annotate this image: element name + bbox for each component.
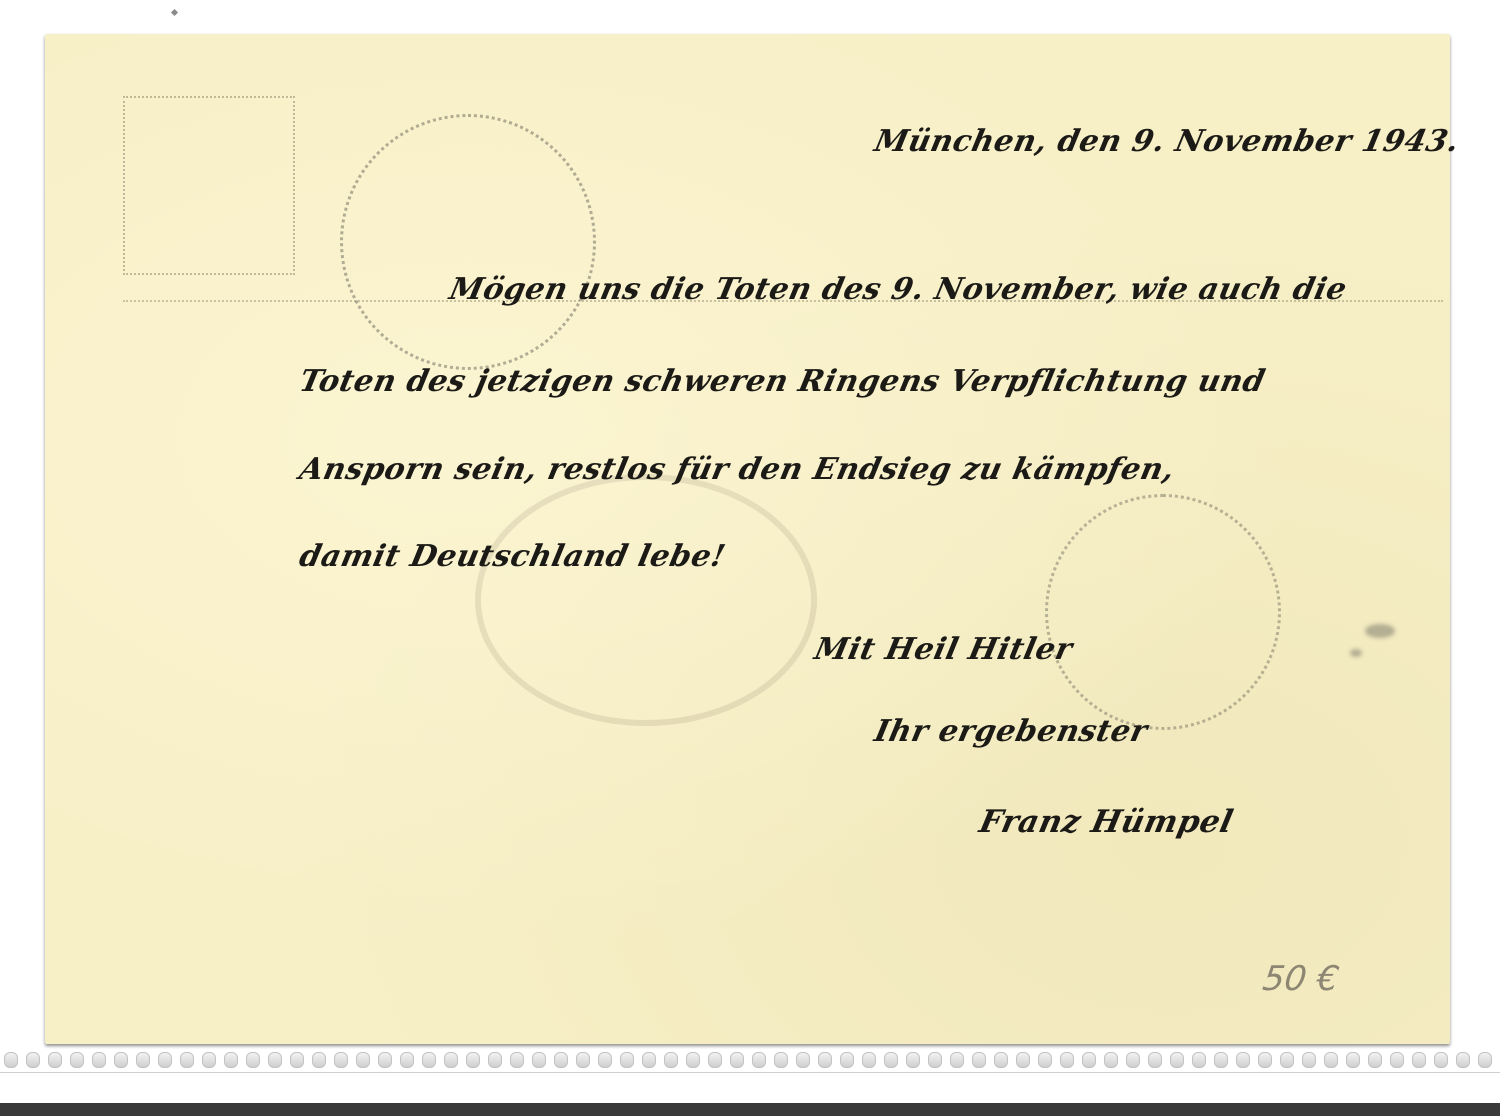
perforation-hole (1412, 1052, 1426, 1068)
perforation-hole (1148, 1052, 1162, 1068)
perforation-hole (840, 1052, 854, 1068)
perforation-hole (290, 1052, 304, 1068)
perforation-hole (818, 1052, 832, 1068)
signature: Franz Hümpel (976, 804, 1236, 840)
perforation-hole (334, 1052, 348, 1068)
postcard: München, den 9. November 1943. Mögen uns… (45, 34, 1450, 1044)
perforation-hole (642, 1052, 656, 1068)
perforation-hole (70, 1052, 84, 1068)
perforation-hole (1258, 1052, 1272, 1068)
perforation-hole (686, 1052, 700, 1068)
perforation-hole (1368, 1052, 1382, 1068)
perforation-hole (664, 1052, 678, 1068)
perforation-hole (378, 1052, 392, 1068)
perforation-hole (246, 1052, 260, 1068)
perforation-hole (224, 1052, 238, 1068)
perforation-hole (752, 1052, 766, 1068)
perforation-hole (1192, 1052, 1206, 1068)
perforation-hole (488, 1052, 502, 1068)
perforation-hole (620, 1052, 634, 1068)
perforation-hole (1170, 1052, 1184, 1068)
perforation-hole (268, 1052, 282, 1068)
closing-salutation: Mit Heil Hitler (811, 632, 1075, 667)
perforation-hole (26, 1052, 40, 1068)
perforation-hole (1302, 1052, 1316, 1068)
perforation-hole (92, 1052, 106, 1068)
perforation-hole (1456, 1052, 1470, 1068)
ink-smudge (1350, 649, 1362, 657)
perforation-hole (1016, 1052, 1030, 1068)
regards-line: Ihr ergebenster (871, 714, 1151, 749)
perforation-hole (906, 1052, 920, 1068)
scanner-edge-band (0, 1103, 1500, 1116)
perforation-hole (48, 1052, 62, 1068)
postmark-cancellation-ring (1045, 494, 1281, 730)
stamp-placeholder-box (123, 96, 295, 275)
perforation-hole (1104, 1052, 1118, 1068)
message-line: damit Deutschland lebe! (296, 539, 728, 574)
perforation-hole (1236, 1052, 1250, 1068)
message-line: Mögen uns die Toten des 9. November, wie… (446, 272, 1350, 307)
perforation-hole (1082, 1052, 1096, 1068)
postmark-show-through (475, 474, 817, 726)
perforation-hole (180, 1052, 194, 1068)
message-line: Ansporn sein, restlos für den Endsieg zu… (296, 452, 1178, 487)
perforation-hole (1214, 1052, 1228, 1068)
perforation-hole (862, 1052, 876, 1068)
perforation-hole (158, 1052, 172, 1068)
perforation-hole (554, 1052, 568, 1068)
pencil-price-note: 50 € (1260, 959, 1341, 999)
date-line: München, den 9. November 1943. (871, 124, 1462, 159)
perforation-hole (730, 1052, 744, 1068)
perforation-hole (1346, 1052, 1360, 1068)
perforation-hole (598, 1052, 612, 1068)
perforation-hole (1478, 1052, 1492, 1068)
perforation-hole (136, 1052, 150, 1068)
perforation-hole (422, 1052, 436, 1068)
perforation-hole (532, 1052, 546, 1068)
perforation-hole (312, 1052, 326, 1068)
perforation-hole (1324, 1052, 1338, 1068)
ink-smudge (1365, 624, 1395, 638)
perforation-hole (1280, 1052, 1294, 1068)
perforation-hole (400, 1052, 414, 1068)
perforation-hole (510, 1052, 524, 1068)
perforation-hole (4, 1052, 18, 1068)
perforation-hole (202, 1052, 216, 1068)
message-line: Toten des jetzigen schweren Ringens Verp… (296, 364, 1268, 399)
perforation-hole (1390, 1052, 1404, 1068)
perforation-hole (1126, 1052, 1140, 1068)
postmark-cancellation-ring (340, 114, 596, 370)
perforation-hole (884, 1052, 898, 1068)
perforation-hole (114, 1052, 128, 1068)
perforation-hole (576, 1052, 590, 1068)
perforation-hole (1434, 1052, 1448, 1068)
perforation-hole (356, 1052, 370, 1068)
perforation-hole (444, 1052, 458, 1068)
scan-artifact-dot (171, 9, 178, 16)
perforation-hole (1060, 1052, 1074, 1068)
perforation-hole (796, 1052, 810, 1068)
perforation-hole (1038, 1052, 1052, 1068)
perforation-hole (708, 1052, 722, 1068)
perforation-hole (994, 1052, 1008, 1068)
perforation-hole (950, 1052, 964, 1068)
perforation-hole (972, 1052, 986, 1068)
perforation-hole (928, 1052, 942, 1068)
perforation-hole (466, 1052, 480, 1068)
perforation-hole (774, 1052, 788, 1068)
album-sleeve-perforation (0, 1048, 1500, 1073)
